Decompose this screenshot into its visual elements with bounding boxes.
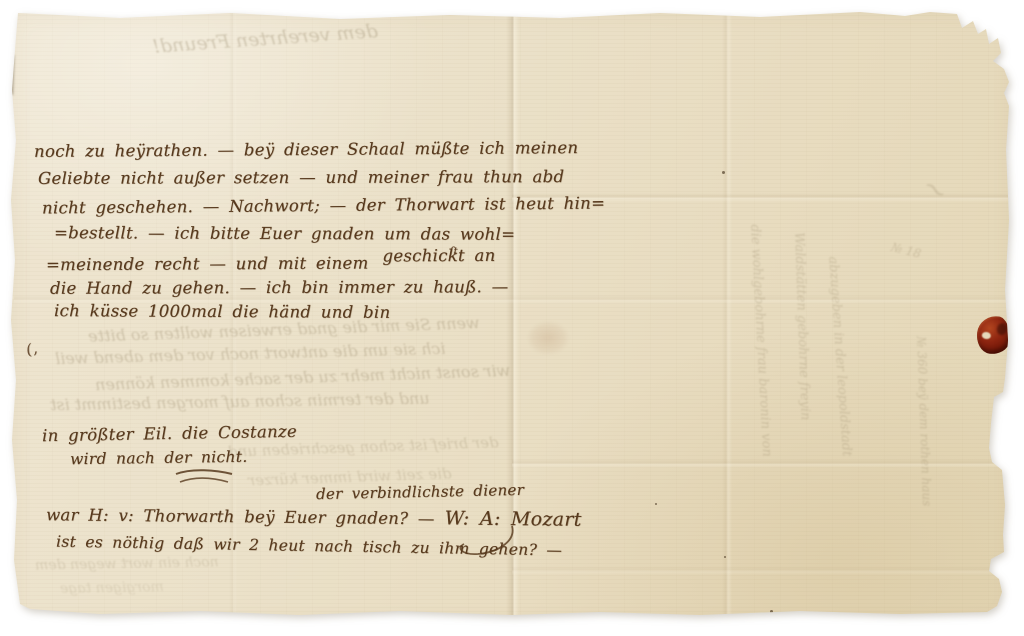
letter-photo: dem verehrten Freund! wenn Sie mir die g… bbox=[0, 0, 1024, 636]
letter-paper: dem verehrten Freund! wenn Sie mir die g… bbox=[0, 0, 1024, 636]
paper-shadow: dem verehrten Freund! wenn Sie mir die g… bbox=[0, 0, 1024, 636]
edge-vignette bbox=[0, 0, 1024, 636]
